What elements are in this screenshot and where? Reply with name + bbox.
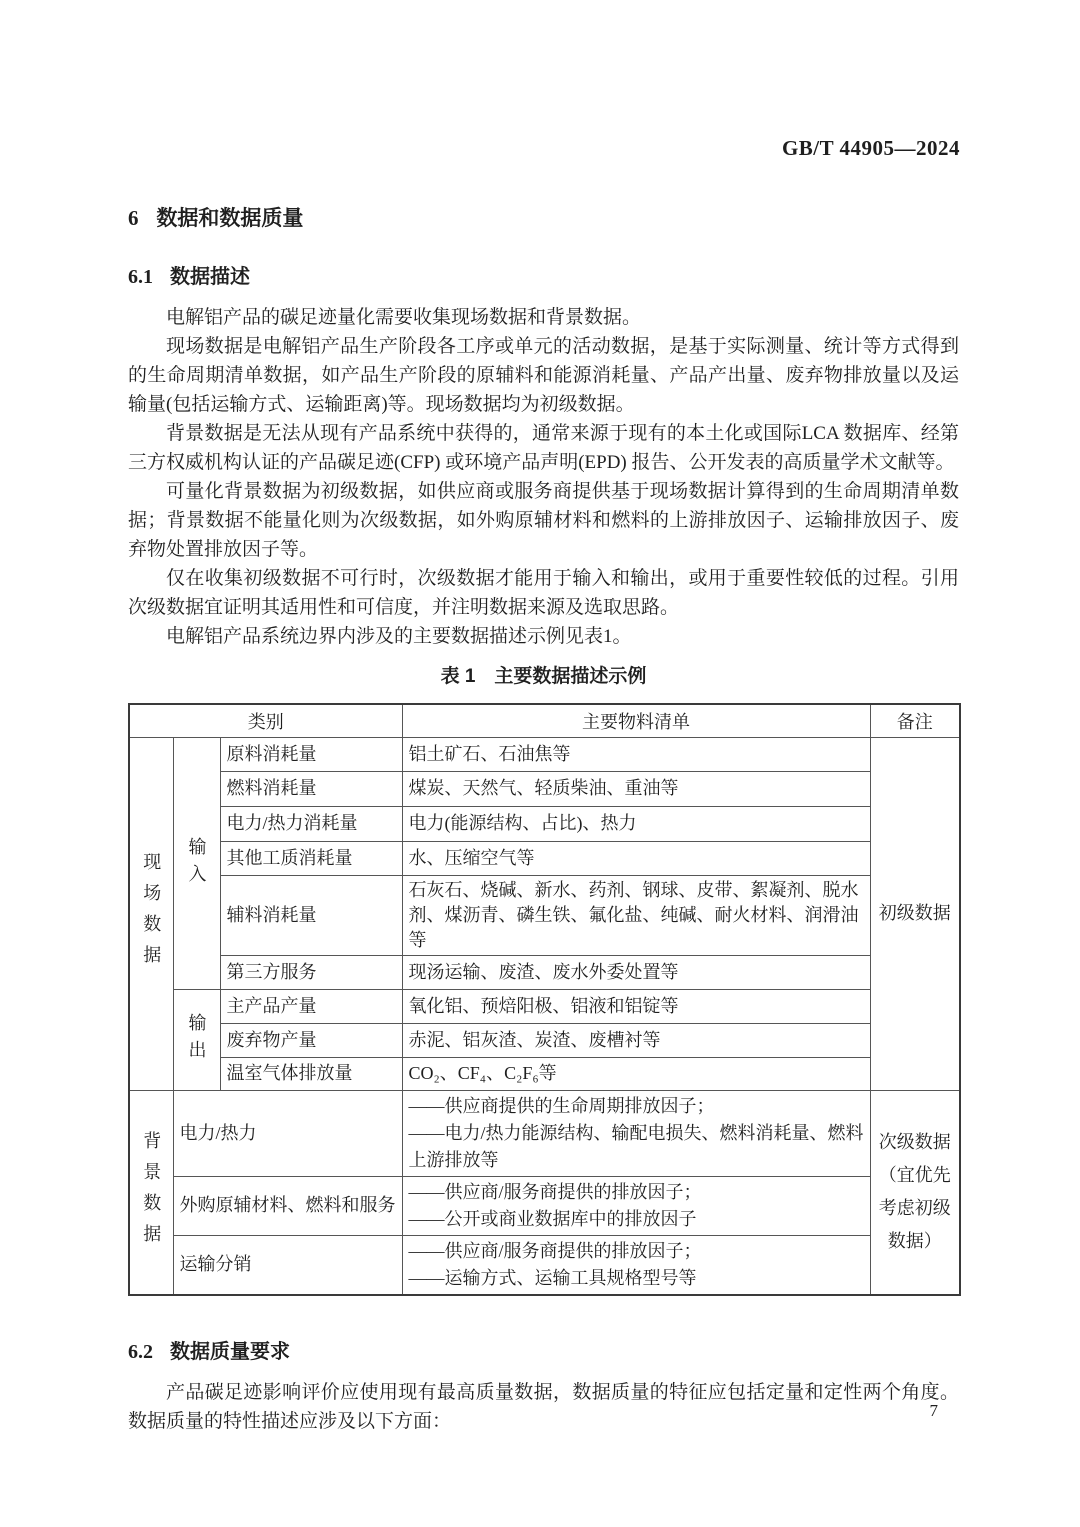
table-row: 辅料消耗量 石灰石、烧碱、新水、药剂、钢球、皮带、絮凝剂、脱水剂、煤沥青、磷生铁… (129, 875, 960, 955)
header-cell-materials: 主要物料清单 (402, 704, 870, 737)
section-6-1-number: 6.1 (128, 266, 153, 288)
group-cell-input: 输入 (173, 737, 220, 989)
site-data-label: 现场数据 (142, 846, 160, 976)
table-row: 其他工质消耗量 水、压缩空气等 (129, 841, 960, 875)
category-cell: 电力/热力消耗量 (220, 806, 402, 841)
table-1-caption-label: 表 1 (441, 666, 476, 687)
header-cell-remark: 备注 (870, 704, 960, 737)
table-header-row: 类别 主要物料清单 备注 (129, 704, 960, 737)
category-cell: 温室气体排放量 (220, 1057, 402, 1090)
output-label: 输出 (188, 1007, 206, 1067)
materials-cell: ——供应商/服务商提供的排放因子； ——公开或商业数据库中的排放因子 (402, 1176, 870, 1235)
section-6-2-title: 数据质量要求 (170, 1341, 290, 1363)
table-row: 运输分销 ——供应商/服务商提供的排放因子； ——运输方式、运输工具规格型号等 (129, 1235, 960, 1295)
table-row: 背景数据 电力/热力 ——供应商提供的生命周期排放因子； ——电力/热力能源结构… (129, 1090, 960, 1176)
materials-cell: 电力(能源结构、占比)、热力 (402, 806, 870, 841)
dash-line: ——供应商/服务商提供的排放因子； (409, 1238, 864, 1265)
section-6-2-number: 6.2 (128, 1341, 153, 1363)
dash-line: ——运输方式、运输工具规格型号等 (409, 1265, 864, 1292)
section-6-2-body: 产品碳足迹影响评价应使用现有最高质量数据，数据质量的特征应包括定量和定性两个角度… (128, 1378, 959, 1436)
dash-line: ——电力/热力能源结构、输配电损失、燃料消耗量、燃料上游排放等 (409, 1120, 864, 1174)
paragraph: 电解铝产品系统边界内涉及的主要数据描述示例见表1。 (128, 622, 959, 651)
materials-cell: 氧化铝、预焙阳极、铝液和铝锭等 (402, 989, 870, 1023)
materials-cell: 水、压缩空气等 (402, 841, 870, 875)
section-6-1-title: 数据描述 (170, 266, 250, 288)
category-cell: 其他工质消耗量 (220, 841, 402, 875)
materials-cell: 石灰石、烧碱、新水、药剂、钢球、皮带、絮凝剂、脱水剂、煤沥青、磷生铁、氟化盐、纯… (402, 875, 870, 955)
page-number: 7 (930, 1401, 939, 1421)
category-cell: 电力/热力 (173, 1090, 402, 1176)
category-cell: 运输分销 (173, 1235, 402, 1295)
materials-cell: ——供应商提供的生命周期排放因子； ——电力/热力能源结构、输配电损失、燃料消耗… (402, 1090, 870, 1176)
materials-cell: 现汤运输、废渣、废水外委处置等 (402, 955, 870, 989)
section-6-1-body: 电解铝产品的碳足迹量化需要收集现场数据和背景数据。 现场数据是电解铝产品生产阶段… (128, 303, 959, 651)
remark-cell-secondary: 次级数据（宜优先考虑初级数据） (870, 1090, 960, 1295)
materials-cell: CO₂、CF₄、C₂F₆等 (402, 1057, 870, 1090)
paragraph: 电解铝产品的碳足迹量化需要收集现场数据和背景数据。 (128, 303, 959, 332)
category-cell: 废弃物产量 (220, 1023, 402, 1057)
input-label: 输入 (188, 831, 206, 891)
table-row: 外购原辅材料、燃料和服务 ——供应商/服务商提供的排放因子； ——公开或商业数据… (129, 1176, 960, 1235)
paragraph: 仅在收集初级数据不可行时，次级数据才能用于输入和输出，或用于重要性较低的过程。引… (128, 564, 959, 622)
materials-cell: ——供应商/服务商提供的排放因子； ——运输方式、运输工具规格型号等 (402, 1235, 870, 1295)
table-row: 输出 主产品产量 氧化铝、预焙阳极、铝液和铝锭等 (129, 989, 960, 1023)
section-6-number: 6 (128, 206, 139, 230)
materials-cell: 赤泥、铝灰渣、炭渣、废槽衬等 (402, 1023, 870, 1057)
paragraph: 背景数据是无法从现有产品系统中获得的，通常来源于现有的本土化或国际LCA 数据库… (128, 419, 959, 477)
dash-line: ——供应商/服务商提供的排放因子； (409, 1179, 864, 1206)
section-6-title: 数据和数据质量 (156, 207, 303, 230)
table-row: 燃料消耗量 煤炭、天然气、轻质柴油、重油等 (129, 771, 960, 806)
category-cell: 第三方服务 (220, 955, 402, 989)
dash-line: ——公开或商业数据库中的排放因子 (409, 1206, 864, 1233)
section-6-1-heading: 6.1数据描述 (128, 265, 959, 289)
category-cell: 原料消耗量 (220, 737, 402, 771)
section-6-heading: 6数据和数据质量 (128, 206, 959, 231)
dash-line: ——供应商提供的生命周期排放因子； (409, 1093, 864, 1120)
group-cell-site-data: 现场数据 (129, 737, 173, 1090)
section-6-2-heading: 6.2数据质量要求 (128, 1340, 959, 1364)
table-row: 电力/热力消耗量 电力(能源结构、占比)、热力 (129, 806, 960, 841)
materials-cell: 煤炭、天然气、轻质柴油、重油等 (402, 771, 870, 806)
header-cell-category: 类别 (129, 704, 402, 737)
paragraph: 现场数据是电解铝产品生产阶段各工序或单元的活动数据，是基于实际测量、统计等方式得… (128, 332, 959, 419)
table-row: 温室气体排放量 CO₂、CF₄、C₂F₆等 (129, 1057, 960, 1090)
group-cell-output: 输出 (173, 989, 220, 1090)
paragraph: 产品碳足迹影响评价应使用现有最高质量数据，数据质量的特征应包括定量和定性两个角度… (128, 1378, 959, 1436)
page-content: 6数据和数据质量 6.1数据描述 电解铝产品的碳足迹量化需要收集现场数据和背景数… (128, 0, 959, 1436)
table-row: 废弃物产量 赤泥、铝灰渣、炭渣、废槽衬等 (129, 1023, 960, 1057)
table-1-caption: 表 1主要数据描述示例 (128, 665, 959, 689)
table-row: 第三方服务 现汤运输、废渣、废水外委处置等 (129, 955, 960, 989)
category-cell: 辅料消耗量 (220, 875, 402, 955)
materials-cell: 铝土矿石、石油焦等 (402, 737, 870, 771)
category-cell: 外购原辅材料、燃料和服务 (173, 1176, 402, 1235)
table-1-caption-text: 主要数据描述示例 (494, 666, 646, 687)
paragraph: 可量化背景数据为初级数据，如供应商或服务商提供基于现场数据计算得到的生命周期清单… (128, 477, 959, 564)
remark-cell-primary: 初级数据 (870, 737, 960, 1090)
category-cell: 主产品产量 (220, 989, 402, 1023)
background-data-label: 背景数据 (142, 1125, 160, 1255)
table-row: 现场数据 输入 原料消耗量 铝土矿石、石油焦等 初级数据 (129, 737, 960, 771)
category-cell: 燃料消耗量 (220, 771, 402, 806)
table-1: 类别 主要物料清单 备注 现场数据 输入 原料消耗量 铝土矿石、石油焦等 初级数… (128, 703, 961, 1296)
group-cell-background-data: 背景数据 (129, 1090, 173, 1295)
document-page: GB/T 44905—2024 6数据和数据质量 6.1数据描述 电解铝产品的碳… (0, 0, 1080, 1527)
